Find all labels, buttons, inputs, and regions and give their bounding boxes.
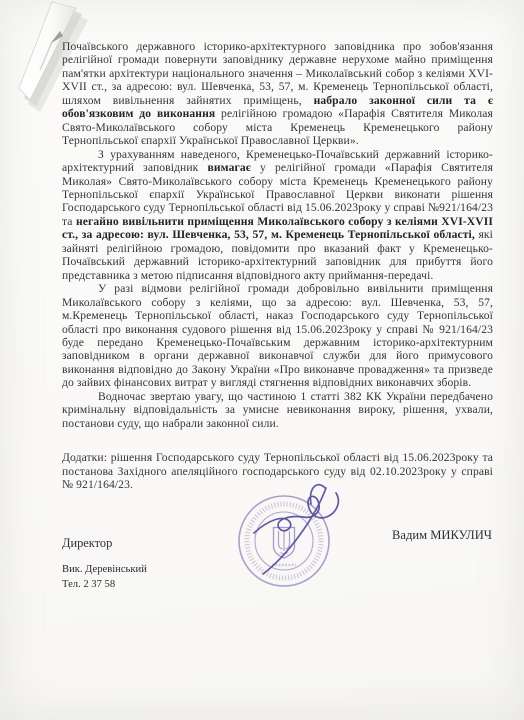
signature [225,460,359,600]
p2-bold-demand: вимагає [208,161,251,174]
executor-block: Вик. Деревінський Тел. 2 37 58 [62,563,147,592]
paragraph-criminal-liability: Водночас звертаю увагу, що частиною 1 ст… [62,390,493,430]
signer-title: Директор [62,536,112,551]
p2-bold-vacate: негайно вивільнити приміщення Миколаївсь… [62,215,493,241]
executor-phone: Тел. 2 37 58 [62,578,147,593]
executor-name: Вик. Деревінський [62,563,147,578]
signer-name: Вадим МИКУЛИЧ [392,528,492,543]
letter-body: Почаївського державного історико-архітек… [62,40,493,492]
paragraph-warning-enforcement: У разі відмови релігійної громади добров… [62,282,493,390]
paragraph-court-ruling: Почаївського державного історико-архітек… [62,40,493,148]
signature-stroke-scrawl [254,493,338,533]
scanned-letter-page: Почаївського державного історико-архітек… [0,0,524,720]
signature-stroke-slash [263,488,326,574]
paragraph-demand: З урахуванням наведеного, Кременецько-По… [62,148,493,283]
